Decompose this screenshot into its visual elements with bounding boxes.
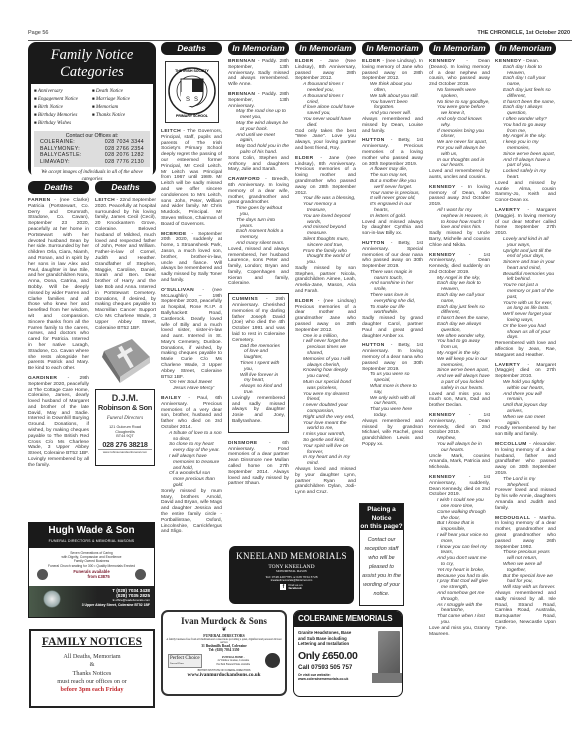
verse: My Angel in the sky,Each day we look to … [429, 276, 490, 392]
category-list: AnniversaryDeath NoticeEngagement Notice… [34, 87, 150, 127]
ivan-murdock-ad: Ivan Murdock & Sons ❦ FUNERAL DIRECTORS … [161, 610, 287, 696]
headstone-image [378, 631, 400, 677]
top-rule [28, 40, 572, 41]
bible-icon [98, 337, 154, 385]
facebook-icon: f [280, 584, 286, 590]
category-item: Thanks Notice [92, 111, 150, 119]
notice-surname: ELDER [362, 59, 381, 64]
notice-entry: O'SULLIVAN - (nee McLaughlin) – 19th Sep… [161, 288, 222, 392]
notice-entry: CUMMINS - 29th Anniversary. Cherished me… [232, 297, 285, 425]
notice-surname: O'SULLIVAN [161, 288, 194, 293]
verse: All I want for my nephew in Heaven, is t… [429, 208, 490, 231]
verse: A flower may die,The sun may set,But a m… [362, 167, 423, 219]
deaths-column-3: Deaths SSTHE IRISH SOCIETYPRIMARY SCHOOL… [161, 42, 222, 539]
category-item: Birth Notice [34, 103, 92, 111]
category-item: Engagement Notice [34, 95, 92, 103]
verse: I wish I could see you one more time,Com… [429, 498, 490, 626]
deadline-text: before 3pm each Friday [31, 686, 153, 693]
category-item: Death Notice [92, 87, 150, 95]
notice-surname: LAVERTY [495, 363, 520, 368]
notice-surname: ELDER [295, 59, 314, 64]
djm-robinson-ad: D.J.M. Robinson & Son Funeral Directors … [95, 389, 155, 466]
coleraine-memorials-ad: COLERAINE MEMORIALS Granite Headstones, … [293, 610, 403, 697]
notice-surname: HUTTON [362, 343, 385, 348]
notice-surname: KENNEDY [429, 475, 456, 480]
verse: Lovely and kind in all your ways,Upright… [495, 237, 556, 341]
notice-surname: HUTTON [362, 241, 385, 246]
notice-entry: BRENNAN - Paddy. 28th September, 13th An… [228, 59, 289, 88]
verse: A tribute of love to a son so dear,So cl… [161, 431, 222, 489]
notice-surname: LEITCH [95, 198, 115, 203]
deaths-column-1: Deaths FARREN - (nee Clarke) Patricia (P… [28, 181, 89, 473]
kneeland-memorials-ad: KNEELAND MEMORIALS TONY KNEELAND MONUMEN… [229, 546, 354, 604]
svg-text:S: S [186, 97, 190, 103]
svg-text:PRIMARY SCHOOL: PRIMARY SCHOOL [176, 114, 209, 118]
notice-surname: BRENNAN [228, 92, 255, 97]
notice-entry: KENNEDY - Dean (Deano). In loving memory… [429, 59, 490, 181]
notice-entry: ELDER - (nee Lindsay). In loving memory … [362, 59, 423, 134]
verse: Dad the memories of love and laughter,Ti… [232, 344, 285, 396]
notice-surname: HUTTON [362, 138, 385, 143]
crest-icon [37, 569, 48, 580]
category-item: Anniversary [34, 87, 92, 95]
categories-box: Family NoticeCategories AnniversaryDeath… [28, 42, 156, 176]
svg-text:S: S [194, 97, 198, 103]
notice-entry: MCBRIDE - September 20th 2020, suddenly … [161, 232, 222, 284]
verse: One in a million,I will never forget the… [295, 334, 356, 467]
notice-entry: CRAWFORD - Breedh, 6th Anniversary. In l… [228, 177, 289, 287]
masthead-date: THE CHRONICLE, 1st October 2020 [477, 30, 570, 36]
placing-notice-box: Placing a Noticeon this page? Contact ou… [359, 503, 404, 606]
notice-surname: GARDINER [28, 376, 57, 381]
section-header-memoriam: In Memoriam [228, 42, 289, 55]
notice-surname: ELDER [295, 299, 314, 304]
notice-entry: GARDINER - 29th September 2020, peaceful… [28, 376, 89, 469]
notice-surname: KENNEDY [495, 59, 522, 64]
family-notices-deadline-ad: FAMILY NOTICES All Deaths, Memoriam&Than… [29, 629, 155, 708]
section-header-memoriam: In Memoriam [429, 42, 490, 55]
memoriam-column-7: In Memoriam KENNEDY - Dean (Deano). In l… [429, 42, 490, 641]
notice-surname: DINSMORE [228, 441, 258, 446]
notice-entry: ELDER - Jane (Nee Lindsay), 8th Annivers… [295, 59, 356, 152]
notice-entry: HUTTON - Betty, 1st Anniversary. In lovi… [362, 343, 423, 447]
verse: 'On Her Soul Sweet Jesus Have Mercy' [161, 380, 222, 392]
notice-entry: KENNEDY - Dean.Each day I look to Heaven… [495, 59, 556, 204]
svg-text:THE IRISH SOCIETY: THE IRISH SOCIETY [175, 69, 209, 73]
notice-entry: LEITCH - 22nd September 2020. Peacefully… [95, 198, 156, 331]
facebook-link[interactable]: f Find us onfacebook [229, 584, 354, 591]
notice-entry: MCDOUGALL - Martha. In loving memory of … [495, 516, 556, 632]
verse: A thousand times I needed you,A thousand… [295, 82, 356, 128]
office-row: LIMAVADY:028 7776 2130 [40, 159, 144, 165]
lily-flower-icon [43, 590, 61, 608]
category-item: Memoriam [92, 103, 150, 111]
section-header-memoriam: In Memoriam [495, 42, 556, 55]
notice-entry: FARREN - (nee Clarke) Patricia (Portstew… [28, 198, 89, 372]
ornament-icon: ❦ [163, 626, 285, 634]
notice-surname: LAVERTY [495, 208, 520, 213]
section-header-deaths: Deaths [161, 42, 222, 55]
verse: Each day I look to Heaven,Each day I cal… [495, 65, 556, 181]
notice-surname: MCCOLLUM [495, 442, 527, 447]
notice-surname: MCBRIDE [161, 232, 187, 237]
notice-entry: DINSMORE - 6th Anniversary. Fond memorie… [228, 441, 289, 487]
murdock-website: www.ivanmurdockandsons.co.uk [163, 672, 285, 678]
verse: The Lord is my Shepherd. [495, 477, 556, 489]
notice-entry: HUTTON - Betty, 1st Anniversary. Special… [362, 241, 423, 340]
verse: There was magic in nana's touch,And suns… [362, 270, 423, 316]
cummins-boxed-notice: CUMMINS - 29th Anniversary. Cherished me… [228, 293, 289, 433]
notice-entry: LEITCH - The Governors, Principal, staff… [161, 129, 222, 228]
verse: May the road rise up to meet you,May the… [228, 109, 289, 155]
memoriam-column-8: In Memoriam KENNEDY - Dean.Each day I lo… [495, 42, 556, 636]
section-header-memoriam: In Memoriam [362, 42, 423, 55]
notice-surname: BRENNAN [228, 59, 255, 64]
notice-entry: ELDER - Jane (nee Lindsay), 8th Annivers… [295, 156, 356, 295]
notice-surname: BAILEY [161, 396, 181, 401]
notice-entry: KENNEDY - 1st Anniversary, Dean Kennedy,… [429, 413, 490, 471]
contact-offices: Contact our Offices at: COLERAINE:028 70… [34, 131, 150, 167]
notice-entry: MCCOLLUM - Alexander. In loving memory o… [495, 442, 556, 512]
verse: Time goes by without you,The days turn i… [228, 206, 289, 247]
djm-phone: 028 276 38218 [96, 442, 154, 448]
verse: Your life was a blessing,Your memory a t… [295, 196, 356, 266]
section-header-deaths: Deaths [95, 181, 156, 194]
notice-entry: HUTTON - Betty, 1st Anniversary. Preciou… [362, 138, 423, 237]
notice-entry: KENNEDY - 1st Anniversary, suddenly, Dea… [429, 475, 490, 637]
verse: No farewells were spoken,No time to say … [429, 88, 490, 169]
section-header-deaths: Deaths [28, 181, 89, 194]
notice-entry: KENNEDY - In loving memory of Dean, who … [429, 185, 490, 249]
notice-surname: KENNEDY [429, 413, 456, 418]
notice-surname: KENNEDY [429, 253, 456, 258]
verse: To us you were so special,What more is t… [362, 372, 423, 418]
section-header-memoriam: In Memoriam [295, 42, 356, 55]
verse: We think about you often,We talk about y… [362, 82, 423, 117]
verse: We hold you tightly within our hearts,An… [495, 380, 556, 426]
school-crest-logo: SSTHE IRISH SOCIETYPRIMARY SCHOOL [165, 61, 219, 123]
notice-surname: LEITCH [161, 129, 181, 134]
notice-surname: KENNEDY [429, 185, 456, 190]
category-item: Birthday Wishes [34, 119, 92, 127]
verse: Those precious years will not return,Whe… [495, 550, 556, 591]
notice-surname: KENNEDY [429, 59, 456, 64]
categories-title: Family NoticeCategories [31, 47, 153, 81]
notice-entry: LAVERTY - Margaret (Maggie). In loving m… [495, 208, 556, 359]
category-item: Birthday Memories [34, 111, 92, 119]
deaths-column-2: Deaths LEITCH - 22nd September 2020. Pea… [95, 181, 156, 466]
notice-surname: ELDER [295, 156, 314, 161]
hugh-wade-ad: Hugh Wade & Son FUNERAL DIRECTORS & MEMO… [28, 522, 155, 618]
notice-surname: CUMMINS [232, 297, 258, 302]
notice-entry: KENNEDY - 1st Anniversary, Dean Kennedy,… [429, 253, 490, 410]
memoriam-column-5: In Memoriam ELDER - Jane (Nee Lindsay), … [295, 42, 356, 500]
page-number: Page 56 [28, 30, 49, 36]
emblem-icon [135, 569, 146, 580]
notice-surname: CRAWFORD [228, 177, 260, 182]
notice-surname: MCDOUGALL [495, 516, 530, 521]
notice-entry: LAVERTY - Margaret (Maggie) died on 27th… [495, 363, 556, 438]
notice-entry: ELDER - (nee Lindsay) Precious memories … [295, 299, 356, 496]
category-item: Marriage Notice [92, 95, 150, 103]
notice-surname: FARREN [28, 198, 51, 203]
notice-entry: BAILEY - Paul, 6th Anniversary. Precious… [161, 396, 222, 535]
verse: Nephew,You will always be in our hearts. [429, 436, 490, 453]
lion-crest-icon [265, 653, 280, 668]
notice-entry: BRENNAN - Paddy. 28th September, 13th An… [228, 92, 289, 173]
memoriam-column-6: In Memoriam ELDER - (nee Lindsay). In lo… [362, 42, 423, 452]
memoriam-column-4: In Memoriam BRENNAN - Paddy. 28th Septem… [228, 42, 289, 491]
